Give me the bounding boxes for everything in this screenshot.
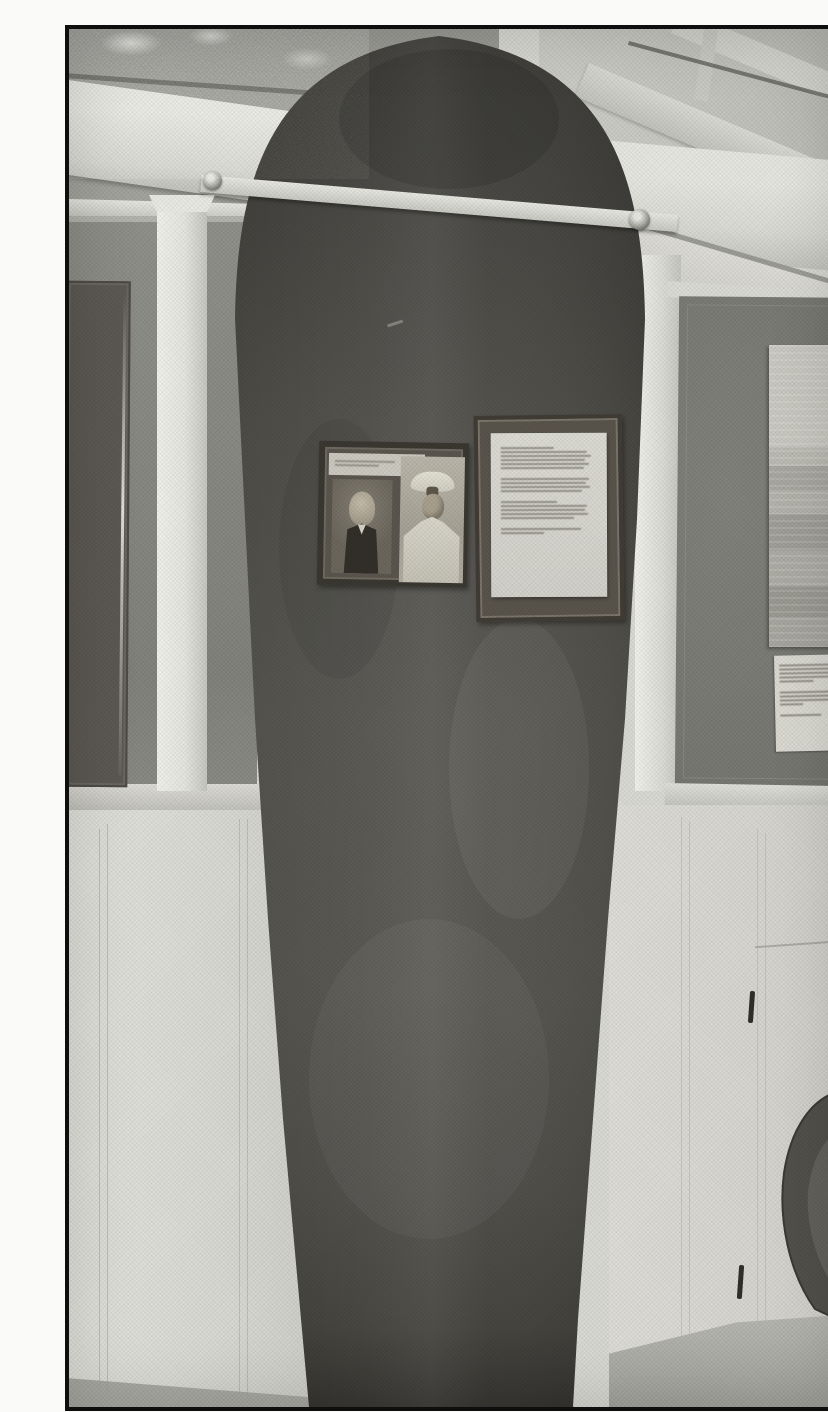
- info-card: [774, 654, 828, 751]
- door-outline: [681, 817, 682, 1392]
- portrait-frame: [317, 441, 469, 588]
- white-uniform: [403, 516, 460, 583]
- document-frame: [474, 414, 625, 622]
- portrait-man-in-suit: [331, 479, 393, 574]
- boat-bow: [767, 1069, 828, 1321]
- page: { "photo": { "medium": "black-and-white …: [0, 0, 828, 1412]
- seascape-photo: [769, 345, 828, 647]
- door-outline: [765, 833, 766, 1391]
- portrait-head: [349, 491, 376, 525]
- portrait-naval-officer: [399, 456, 465, 583]
- wainscot-line: [99, 829, 100, 1389]
- photo-frame: [65, 25, 828, 1411]
- door-outline: [689, 821, 690, 1393]
- surfboard: [199, 29, 679, 1407]
- door-outline: [757, 829, 758, 1389]
- strap-bolt-right: [629, 209, 650, 230]
- strap-bolt-left: [203, 171, 222, 190]
- scanned-photograph: A tall dark wooden surfboard stands upri…: [40, 16, 788, 1396]
- officer-face: [422, 494, 444, 520]
- wainscot-line: [107, 824, 108, 1392]
- document-paper: [491, 433, 608, 597]
